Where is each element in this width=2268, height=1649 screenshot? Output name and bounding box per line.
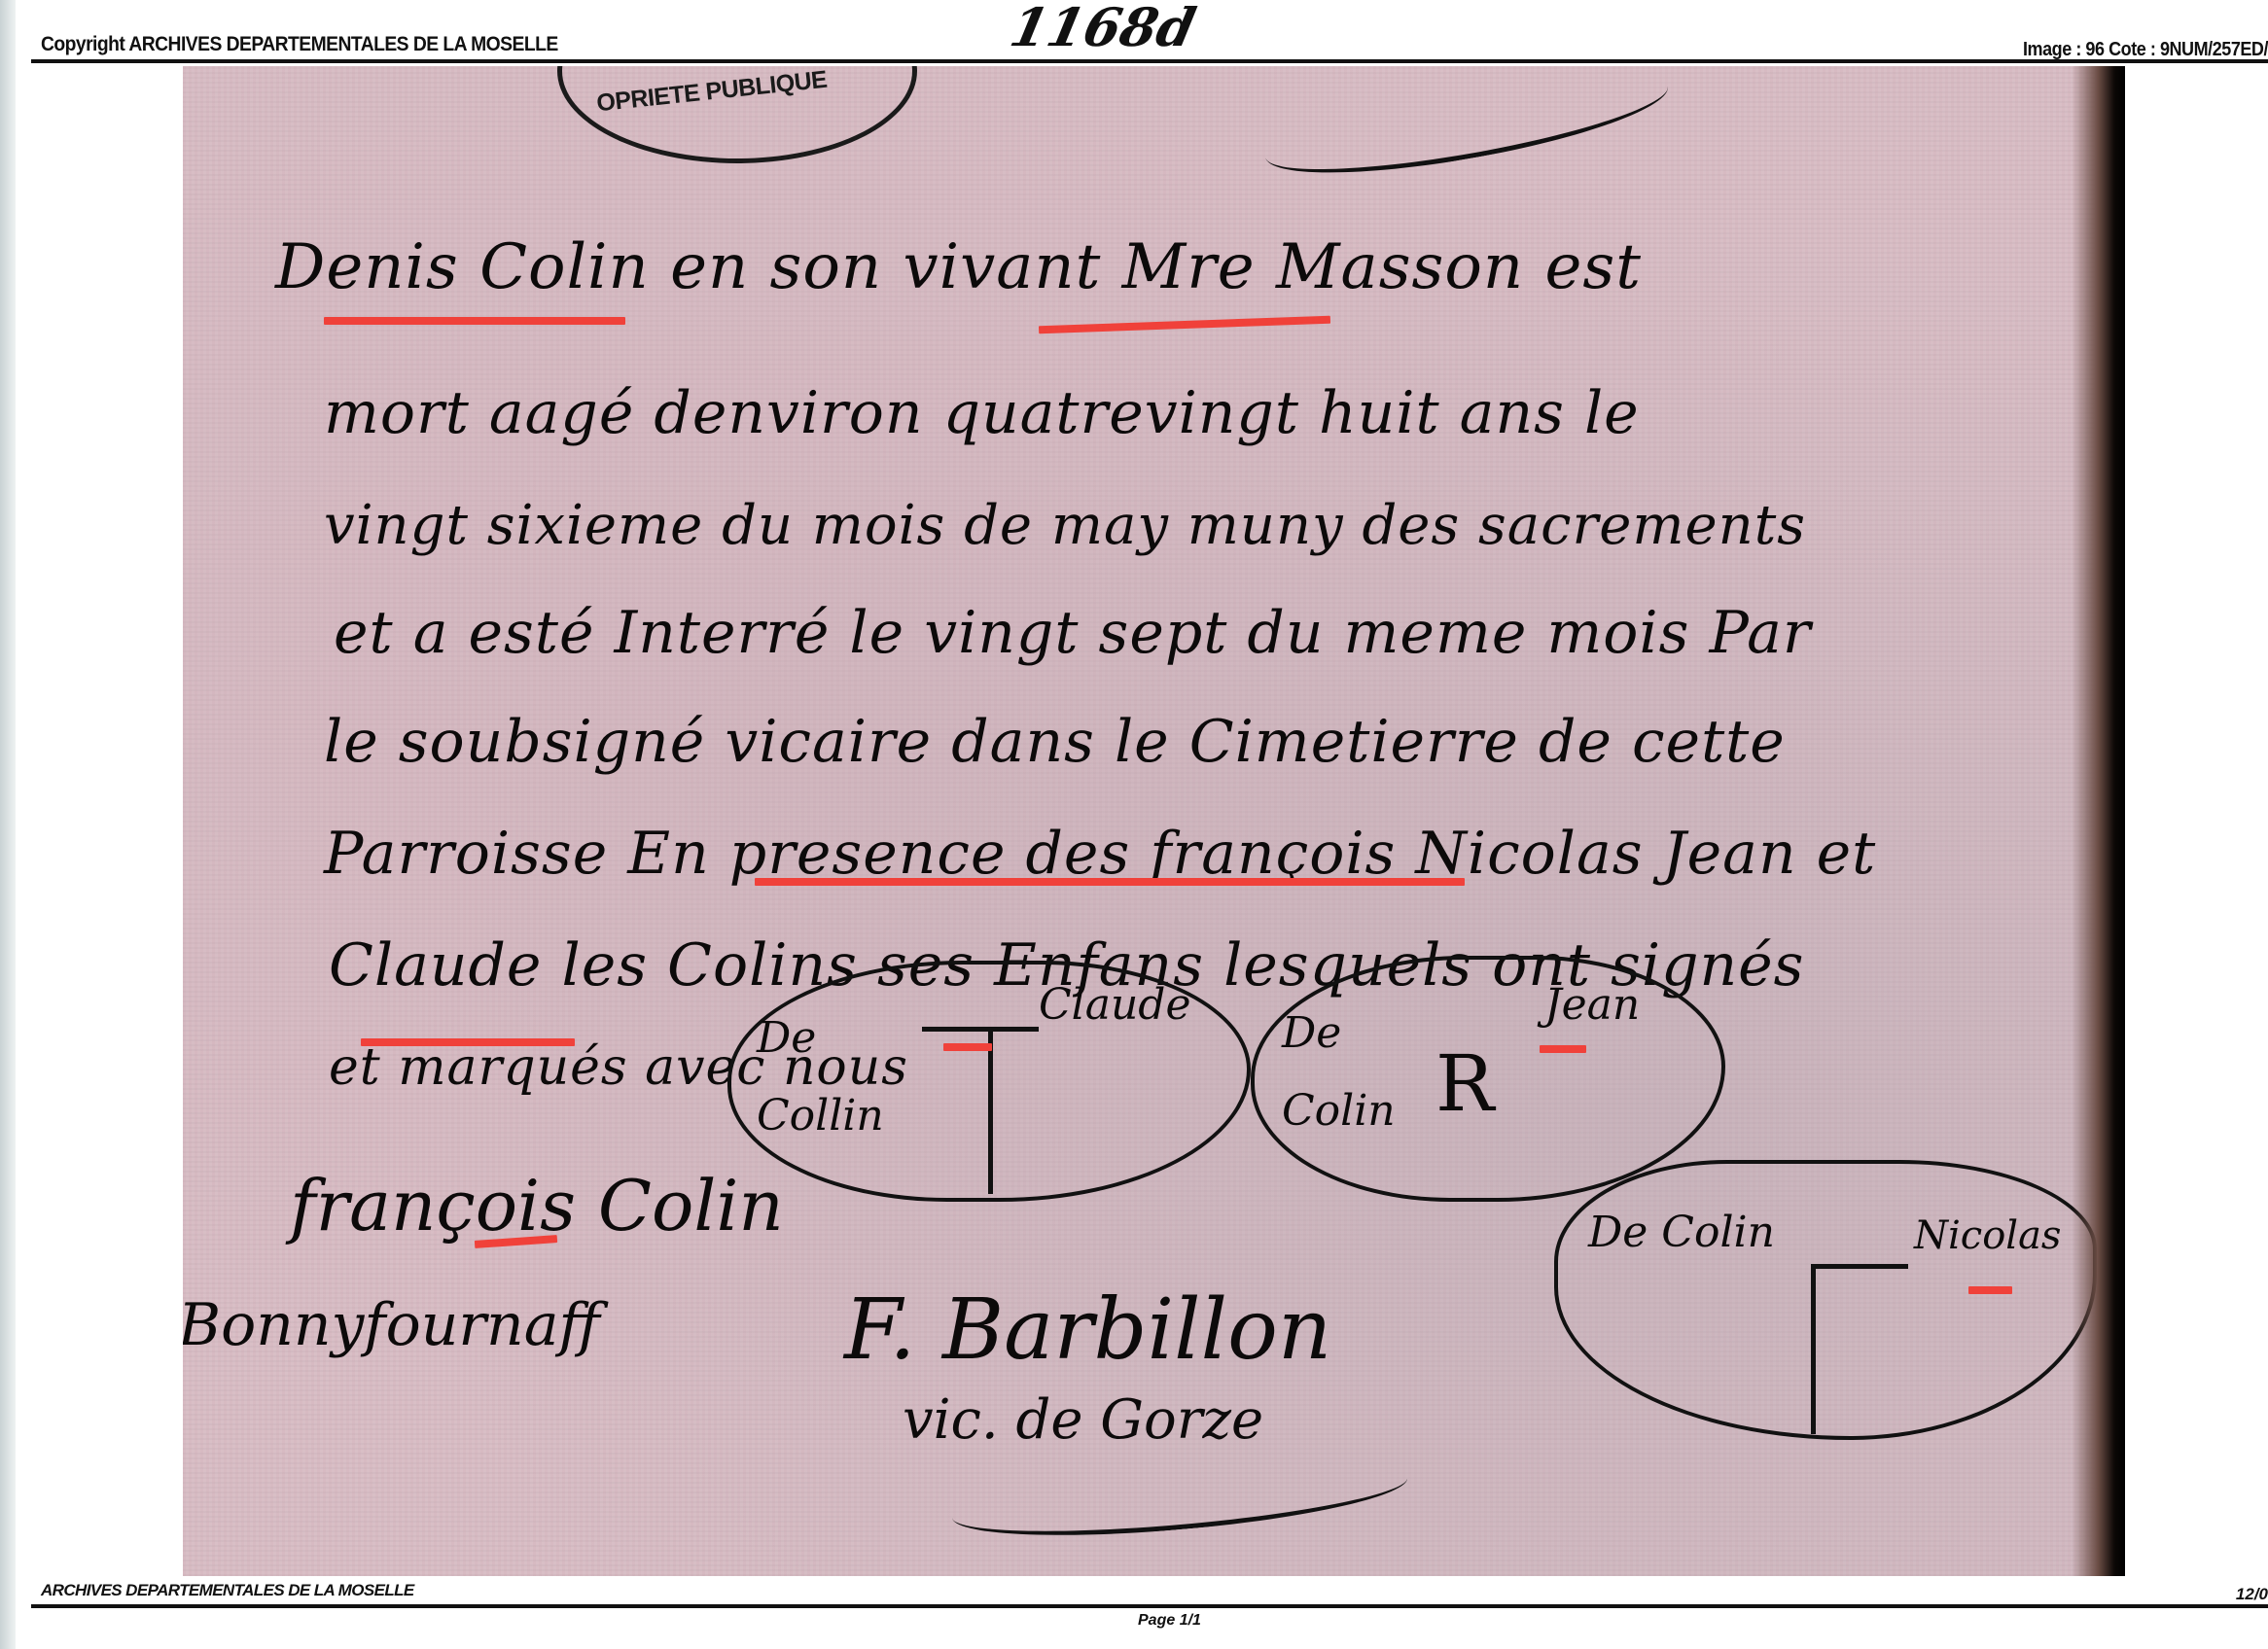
manuscript-scan: OPRIETE PUBLIQUE Denis Colin en son viva…: [183, 66, 2125, 1576]
scan-left-edge: [0, 0, 16, 1649]
underline-denis-colin: [324, 317, 625, 325]
manuscript-line-5: le soubsigné vicaire dans le Cimetierre …: [324, 708, 1786, 776]
underline-claude-mark: [943, 1043, 992, 1051]
mark-claude-bar: [922, 1027, 1039, 1032]
mark-nicolas-bar: [1811, 1264, 1908, 1269]
mark-nicolas-symbol: [1811, 1264, 1816, 1434]
mark-claude-name: Claude: [1039, 980, 1191, 1030]
signature-witness: Bonnyfournaff: [183, 1291, 600, 1359]
underline-francois-nicolas-jean: [755, 878, 1465, 886]
copyright-header: Copyright ARCHIVES DEPARTEMENTALES DE LA…: [41, 33, 558, 56]
footer-archive-name: ARCHIVES DEPARTEMENTALES DE LA MOSELLE: [41, 1581, 414, 1600]
header-rule: [31, 59, 2268, 63]
underline-jean-mark: [1540, 1045, 1586, 1053]
page-number: Page 1/1: [1138, 1612, 1201, 1630]
handwritten-reference-number: 1168d: [1005, 0, 1201, 58]
underline-nicolas-mark: [1968, 1286, 2012, 1294]
mark-jean-label: De Colin: [1282, 995, 1437, 1150]
book-binding-edge: [2072, 66, 2125, 1576]
image-cote-info: Image : 96 Cote : 9NUM/257ED/: [2023, 39, 2268, 61]
footer-rule: [31, 1604, 2268, 1608]
signature-priest-title: vic. de Gorze: [903, 1388, 1263, 1452]
manuscript-line-2: mort aagé denviron quatrevingt huit ans …: [324, 379, 1640, 447]
mark-nicolas-label: De Colin: [1588, 1199, 1783, 1267]
mark-nicolas-name: Nicolas: [1914, 1213, 2061, 1258]
priest-flourish: [949, 1447, 1410, 1550]
mark-jean-name: Jean: [1544, 980, 1640, 1030]
signature-francois-colin: françois Colin: [290, 1165, 784, 1246]
signature-priest: F. Barbillon: [844, 1281, 1331, 1379]
mark-jean-symbol: R: [1435, 1038, 1494, 1129]
manuscript-line-4: et a esté Interré le vingt sept du meme …: [334, 599, 1812, 667]
footer-date: 12/0: [2236, 1585, 2268, 1604]
manuscript-line-1: Denis Colin en son vivant Mre Masson est: [275, 231, 1642, 303]
top-flourish: [1259, 66, 1675, 193]
underline-masson: [1039, 316, 1330, 333]
manuscript-line-3: vingt sixieme du mois de may muny des sa…: [324, 494, 1806, 557]
mark-claude-label: De Collin: [757, 1000, 941, 1155]
mark-claude-symbol: [988, 1029, 993, 1194]
